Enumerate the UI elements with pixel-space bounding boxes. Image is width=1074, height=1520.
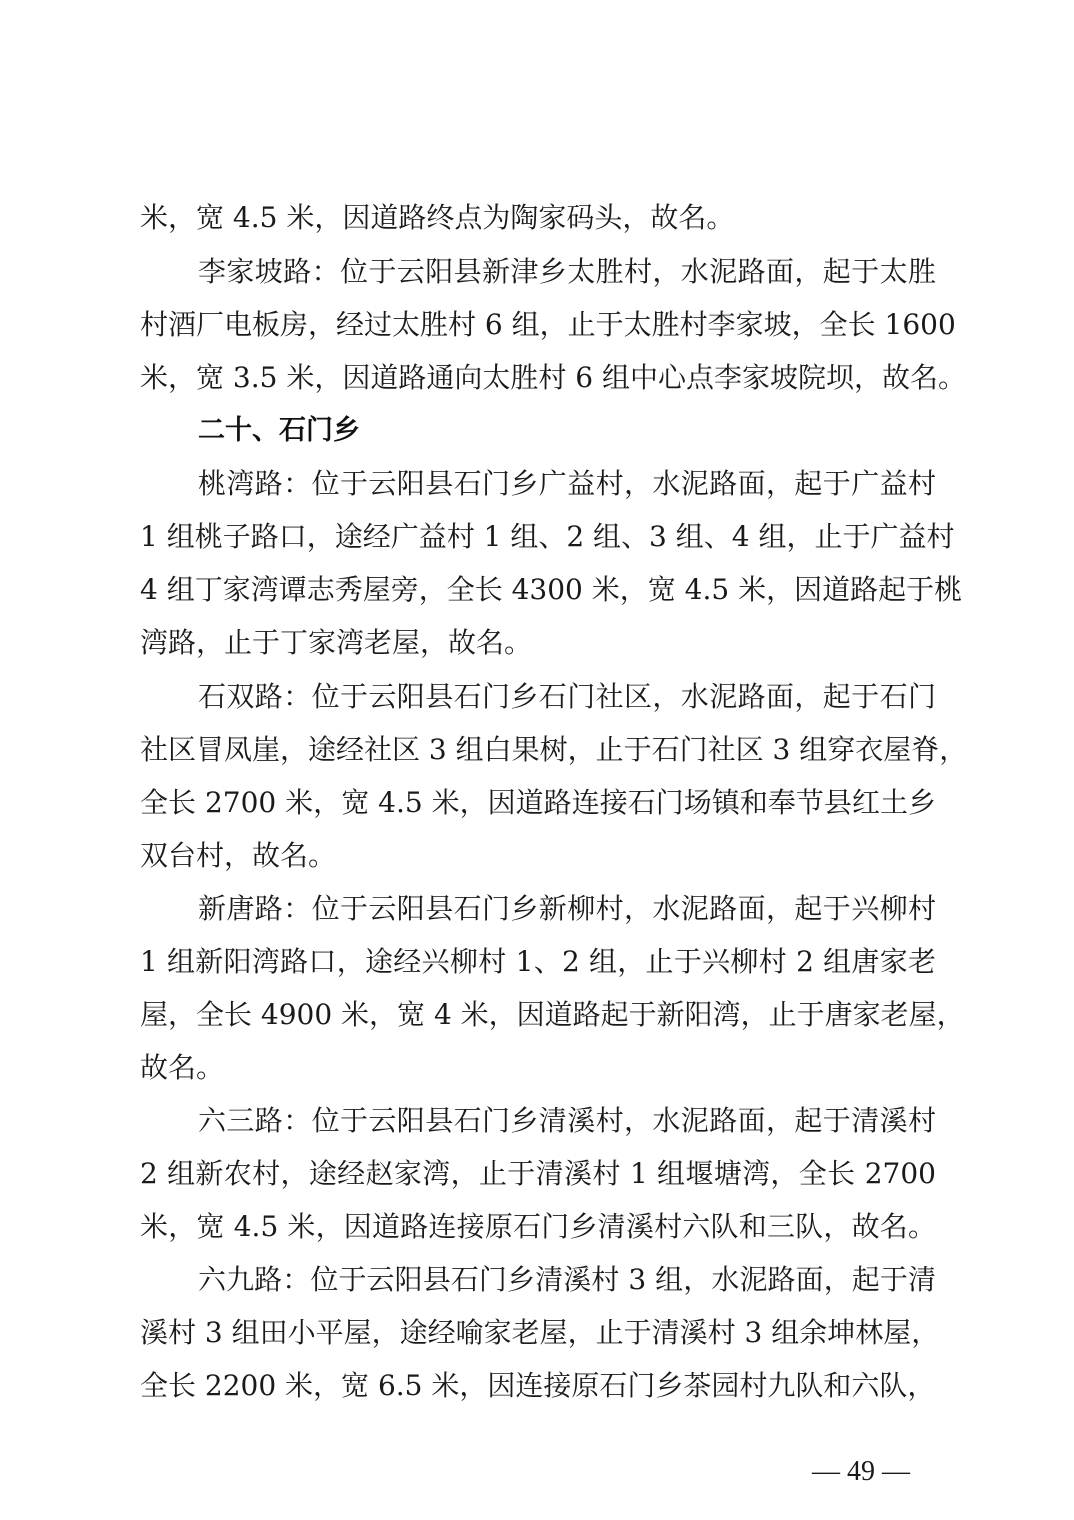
text-line: 故名。 — [140, 1048, 936, 1088]
text-line: 李家坡路：位于云阳县新津乡太胜村，水泥路面，起于太胜 — [198, 252, 936, 292]
text-line: 1 组桃子路口，途经广益村 1 组、2 组、3 组、4 组，止于广益村 — [140, 517, 936, 557]
text-line: 米，宽 4.5 米，因道路终点为陶家码头，故名。 — [140, 198, 936, 238]
text-line: 4 组丁家湾谭志秀屋旁，全长 4300 米，宽 4.5 米，因道路起于桃 — [140, 570, 936, 610]
page-number: — 49 — — [812, 1455, 910, 1489]
text-line: 全长 2700 米，宽 4.5 米，因道路连接石门场镇和奉节县红土乡 — [140, 783, 936, 823]
text-line: 2 组新农村，途经赵家湾，止于清溪村 1 组堰塘湾，全长 2700 — [140, 1154, 936, 1194]
text-line: 1 组新阳湾路口，途经兴柳村 1、2 组，止于兴柳村 2 组唐家老 — [140, 942, 936, 982]
text-line: 双台村，故名。 — [140, 836, 936, 876]
text-line: 米，宽 4.5 米，因道路连接原石门乡清溪村六队和三队，故名。 — [140, 1207, 936, 1247]
text-line: 六三路：位于云阳县石门乡清溪村，水泥路面，起于清溪村 — [198, 1101, 936, 1141]
text-line: 屋，全长 4900 米，宽 4 米，因道路起于新阳湾，止于唐家老屋， — [140, 995, 936, 1035]
section-heading: 二十、石门乡 — [198, 411, 360, 451]
text-line: 社区冒凤崖，途经社区 3 组白果树，止于石门社区 3 组穿衣屋脊， — [140, 730, 936, 770]
text-line: 石双路：位于云阳县石门乡石门社区，水泥路面，起于石门 — [198, 677, 936, 717]
text-line: 米，宽 3.5 米，因道路通向太胜村 6 组中心点李家坡院坝，故名。 — [140, 358, 936, 398]
text-line: 六九路：位于云阳县石门乡清溪村 3 组，水泥路面，起于清 — [198, 1260, 936, 1300]
text-line: 新唐路：位于云阳县石门乡新柳村，水泥路面，起于兴柳村 — [198, 889, 936, 929]
text-line: 村酒厂电板房，经过太胜村 6 组，止于太胜村李家坡，全长 1600 — [140, 305, 936, 345]
text-line: 桃湾路：位于云阳县石门乡广益村，水泥路面，起于广益村 — [198, 464, 936, 504]
text-line: 全长 2200 米，宽 6.5 米，因连接原石门乡茶园村九队和六队， — [140, 1366, 936, 1406]
text-line: 湾路，止于丁家湾老屋，故名。 — [140, 623, 936, 663]
text-line: 溪村 3 组田小平屋，途经喻家老屋，止于清溪村 3 组余坤林屋， — [140, 1313, 936, 1353]
document-page: 米，宽 4.5 米，因道路终点为陶家码头，故名。 李家坡路：位于云阳县新津乡太胜… — [0, 0, 1074, 1520]
